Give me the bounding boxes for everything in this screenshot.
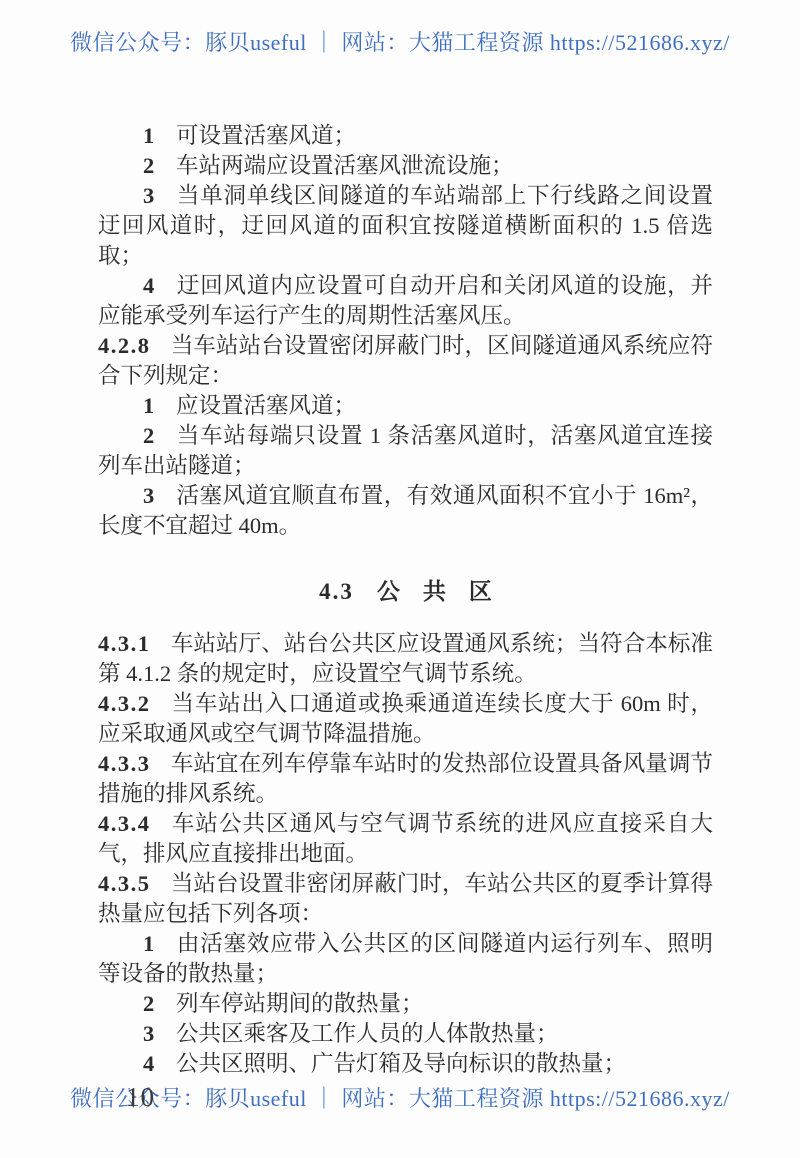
item-number: 4 bbox=[143, 273, 156, 298]
list-item: 3当单洞单线区间隧道的车站端部上下行线路之间设置迂回风道时，迂回风道的面积宜按隧… bbox=[98, 181, 713, 271]
paragraph-text: 当单洞单线区间隧道的车站端部上下行线路之间设置迂回风道时，迂回风道的面积宜按隧道… bbox=[98, 183, 713, 268]
list-item: 2列车停站期间的散热量； bbox=[98, 989, 713, 1019]
list-item: 1应设置活塞风道； bbox=[98, 391, 713, 421]
clause-paragraph: 4.3.5当站台设置非密闭屏蔽门时，车站公共区的夏季计算得热量应包括下列各项： bbox=[98, 869, 713, 929]
item-number: 4.2.8 bbox=[98, 333, 151, 358]
list-item: 4公共区照明、广告灯箱及导向标识的散热量； bbox=[98, 1049, 713, 1079]
paragraph-text: 车站公共区通风与空气调节系统的进风应直接采自大气，排风应直接排出地面。 bbox=[98, 811, 713, 866]
item-number: 4.3.1 bbox=[98, 631, 151, 656]
item-number: 4.3.2 bbox=[98, 691, 151, 716]
page-number: 10 bbox=[126, 1082, 155, 1113]
item-number: 1 bbox=[143, 393, 156, 418]
paragraph-text: 可设置活塞风道； bbox=[176, 123, 356, 148]
paragraph-text: 当车站站台设置密闭屏蔽门时，区间隧道通风系统应符合下列规定： bbox=[98, 333, 713, 388]
paragraph-text: 当车站出入口通道或换乘通道连续长度大于 60m 时，应采取通风或空气调节降温措施… bbox=[98, 691, 713, 746]
paragraph-text: 车站两端应设置活塞风泄流设施； bbox=[176, 153, 514, 178]
list-item: 1可设置活塞风道； bbox=[98, 121, 713, 151]
section-heading: 4.3公 共 区 bbox=[98, 577, 713, 607]
item-number: 4.3.4 bbox=[98, 811, 151, 836]
item-number: 2 bbox=[143, 991, 156, 1016]
paragraph-text: 公共区乘客及工作人员的人体散热量； bbox=[176, 1021, 559, 1046]
item-number: 1 bbox=[143, 931, 156, 956]
clause-paragraph: 4.3.4车站公共区通风与空气调节系统的进风应直接采自大气，排风应直接排出地面。 bbox=[98, 809, 713, 869]
section-number: 4.3 bbox=[319, 579, 354, 604]
document-body: 1可设置活塞风道；2车站两端应设置活塞风泄流设施；3当单洞单线区间隧道的车站端部… bbox=[98, 121, 713, 1079]
list-item: 1由活塞效应带入公共区的区间隧道内运行列车、照明等设备的散热量； bbox=[98, 929, 713, 989]
paragraph-text: 活塞风道宜顺直布置，有效通风面积不宜小于 16m²，长度不宜超过 40m。 bbox=[98, 483, 713, 538]
watermark-footer: 微信公众号：豚贝useful ｜ 网站：大猫工程资源 https://52168… bbox=[0, 1082, 800, 1113]
item-number: 4.3.3 bbox=[98, 751, 151, 776]
paragraph-text: 由活塞效应带入公共区的区间隧道内运行列车、照明等设备的散热量； bbox=[98, 931, 713, 986]
clause-paragraph: 4.3.3车站宜在列车停靠车站时的发热部位设置具备风量调节措施的排风系统。 bbox=[98, 749, 713, 809]
paragraph-text: 车站宜在列车停靠车站时的发热部位设置具备风量调节措施的排风系统。 bbox=[98, 751, 713, 806]
item-number: 2 bbox=[143, 423, 156, 448]
paragraph-text: 列车停站期间的散热量； bbox=[176, 991, 424, 1016]
item-number: 3 bbox=[143, 1021, 156, 1046]
watermark-header: 微信公众号：豚贝useful ｜ 网站：大猫工程资源 https://52168… bbox=[0, 26, 800, 57]
clause-paragraph: 4.2.8当车站站台设置密闭屏蔽门时，区间隧道通风系统应符合下列规定： bbox=[98, 331, 713, 391]
paragraph-text: 公共区照明、广告灯箱及导向标识的散热量； bbox=[176, 1051, 626, 1076]
item-number: 1 bbox=[143, 123, 156, 148]
clause-paragraph: 4.3.1车站站厅、站台公共区应设置通风系统；当符合本标准第 4.1.2 条的规… bbox=[98, 629, 713, 689]
item-number: 3 bbox=[143, 483, 156, 508]
item-number: 4 bbox=[143, 1051, 156, 1076]
list-item: 2车站两端应设置活塞风泄流设施； bbox=[98, 151, 713, 181]
list-item: 3活塞风道宜顺直布置，有效通风面积不宜小于 16m²，长度不宜超过 40m。 bbox=[98, 481, 713, 541]
paragraph-text: 迂回风道内应设置可自动开启和关闭风道的设施，并应能承受列车运行产生的周期性活塞风… bbox=[98, 273, 713, 328]
paragraph-text: 车站站厅、站台公共区应设置通风系统；当符合本标准第 4.1.2 条的规定时，应设… bbox=[98, 631, 713, 686]
section-title: 公 共 区 bbox=[377, 579, 492, 604]
list-item: 3公共区乘客及工作人员的人体散热量； bbox=[98, 1019, 713, 1049]
clause-paragraph: 4.3.2当车站出入口通道或换乘通道连续长度大于 60m 时，应采取通风或空气调… bbox=[98, 689, 713, 749]
paragraph-text: 当车站每端只设置 1 条活塞风道时，活塞风道宜连接列车出站隧道； bbox=[98, 423, 713, 478]
item-number: 4.3.5 bbox=[98, 871, 151, 896]
paragraph-text: 应设置活塞风道； bbox=[176, 393, 356, 418]
list-item: 2当车站每端只设置 1 条活塞风道时，活塞风道宜连接列车出站隧道； bbox=[98, 421, 713, 481]
document-page: 微信公众号：豚贝useful ｜ 网站：大猫工程资源 https://52168… bbox=[0, 0, 800, 1158]
item-number: 2 bbox=[143, 153, 156, 178]
paragraph-text: 当站台设置非密闭屏蔽门时，车站公共区的夏季计算得热量应包括下列各项： bbox=[98, 871, 713, 926]
item-number: 3 bbox=[143, 183, 156, 208]
list-item: 4迂回风道内应设置可自动开启和关闭风道的设施，并应能承受列车运行产生的周期性活塞… bbox=[98, 271, 713, 331]
